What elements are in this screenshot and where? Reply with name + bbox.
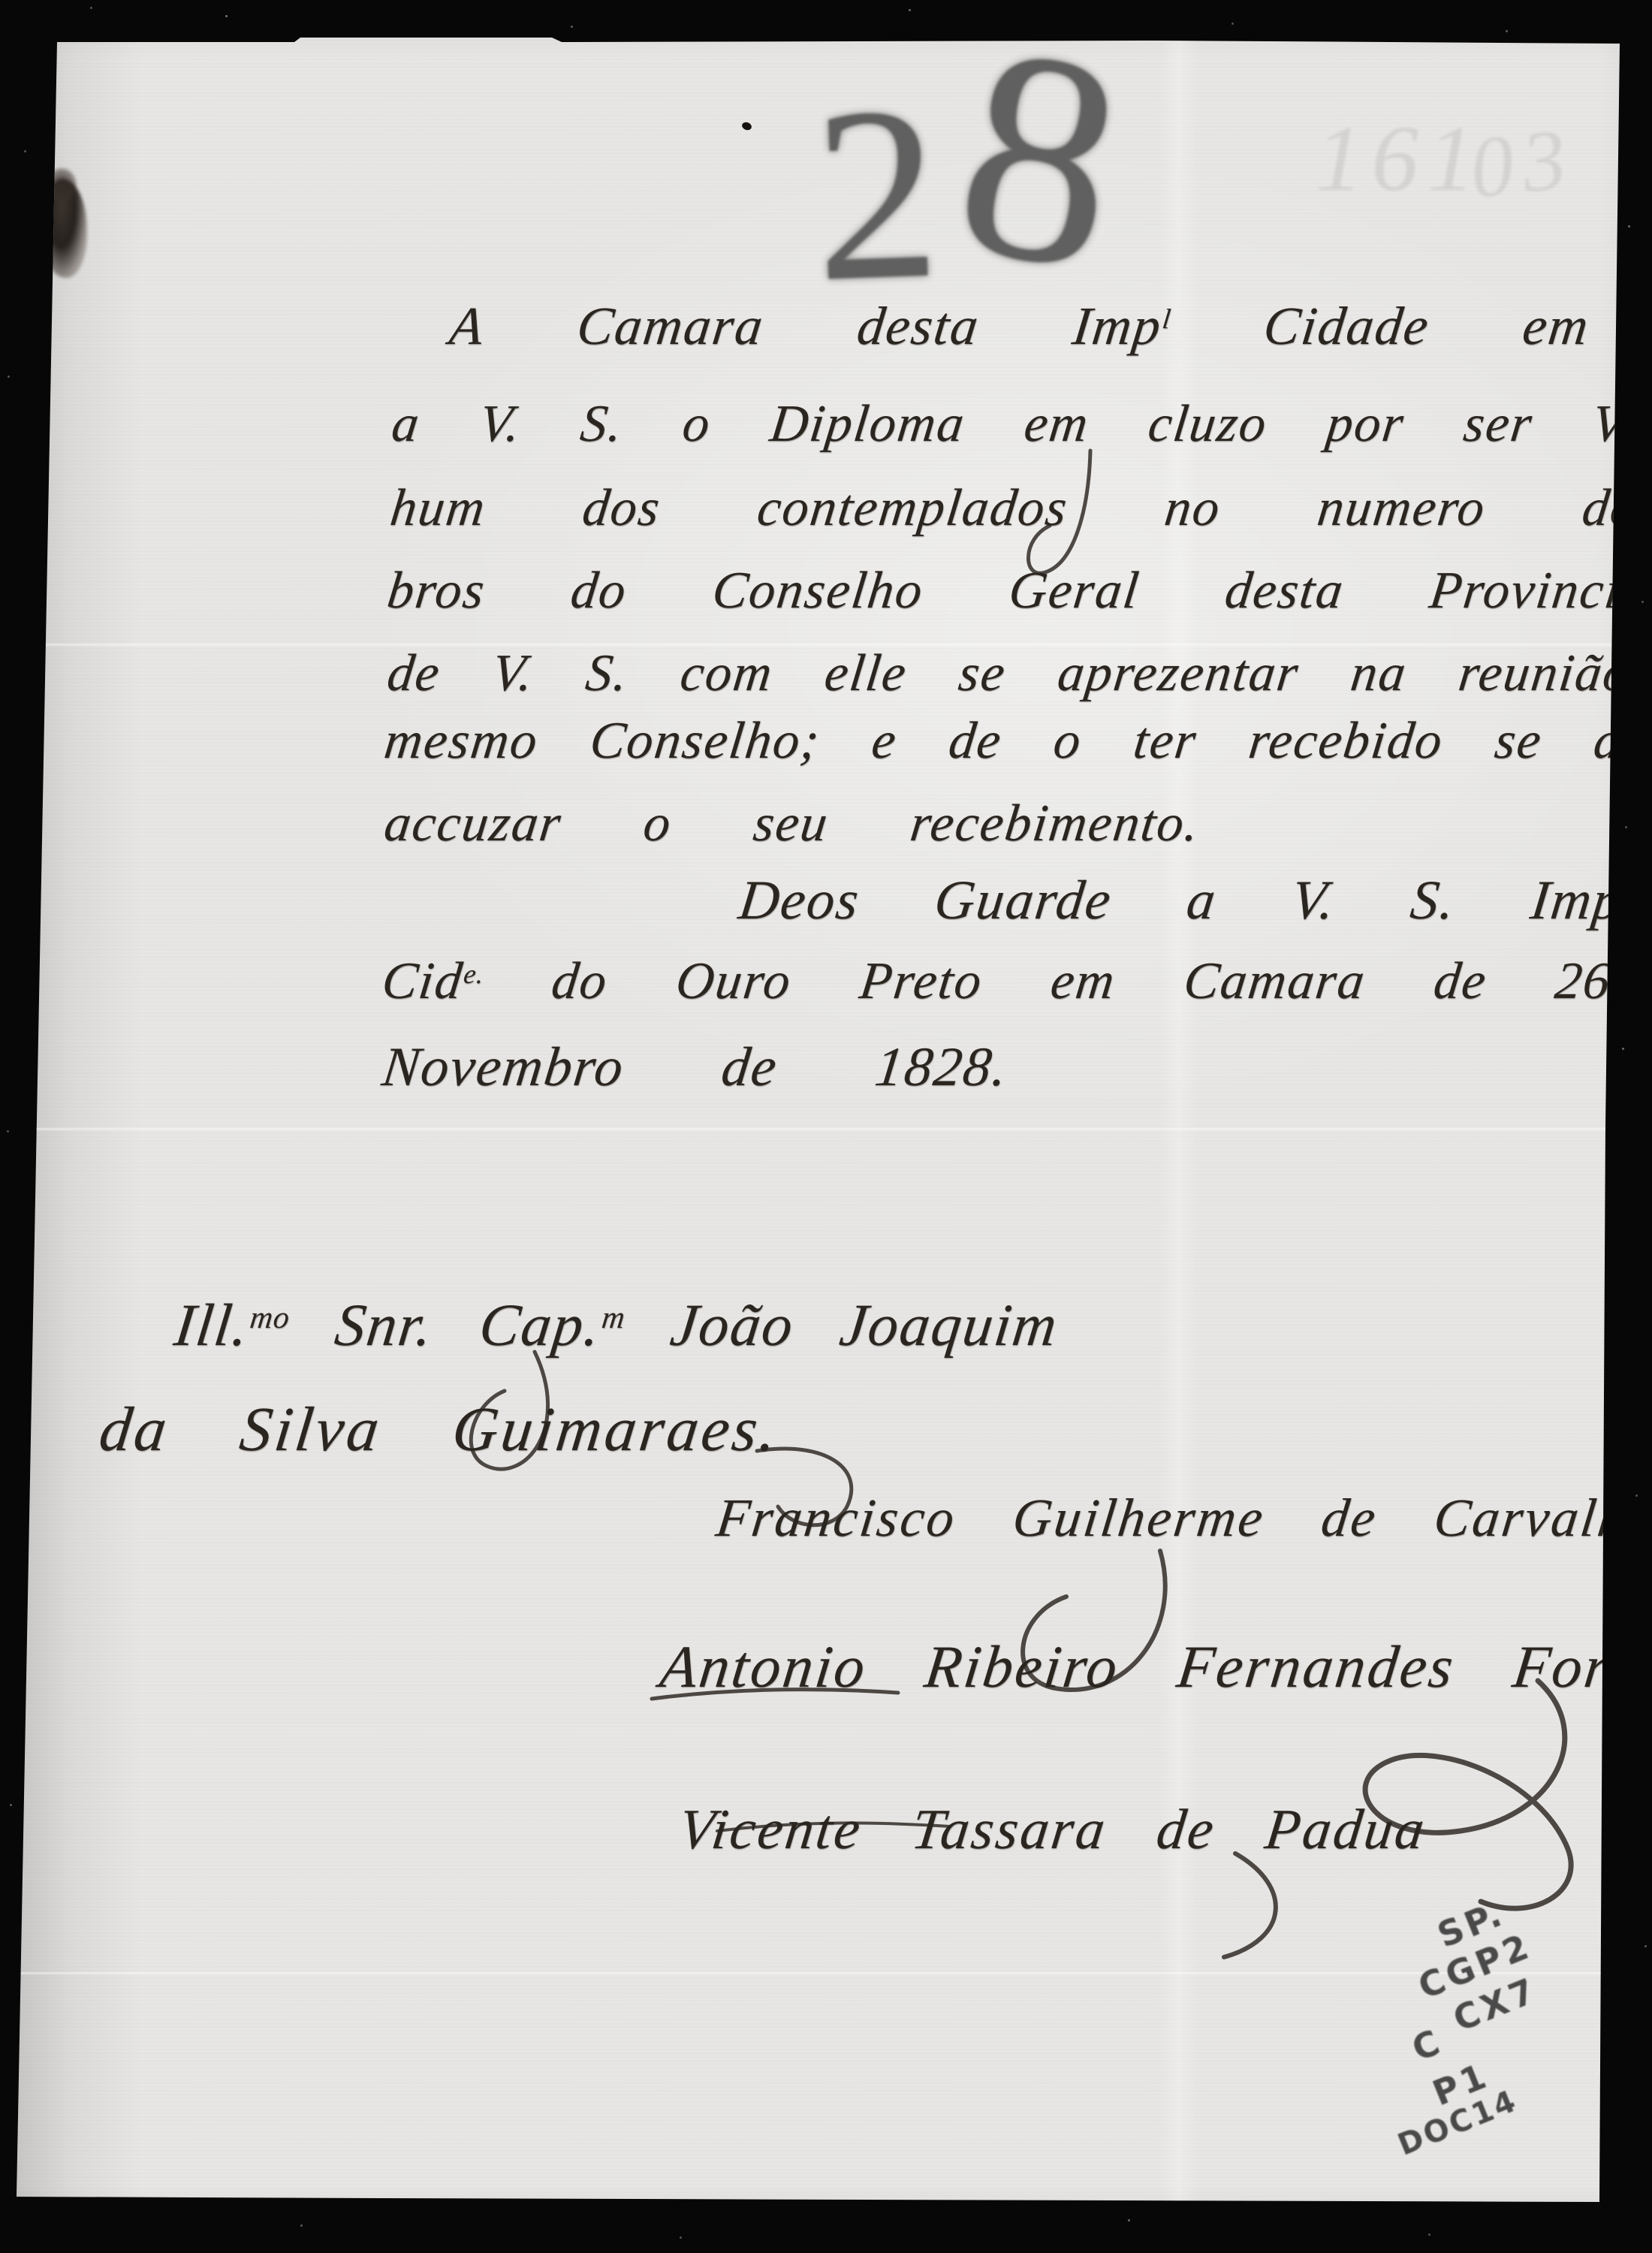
manuscript-line: mesmo Conselho; e de o ter recebido se d… [381,715,1652,768]
scan-artifact-line [0,1972,1652,1974]
document-page: 2 8 161 03 A Camara desta Impl Cidade em… [0,0,1652,2253]
manuscript-line: Novembro de 1828. [379,1039,1011,1095]
archive-ref-line: C [1407,2023,1449,2069]
signature: Vicente Tassara de Padua [676,1801,1430,1858]
faint-reference-number: 161 [1316,113,1484,207]
line-text: a V. S. o Diploma em cluzo por ser V. S. [389,395,1652,453]
line-text: do Ouro Preto em Camara de 26 de [480,952,1652,1010]
ink-dot [741,121,753,131]
flourish-tail [1224,1853,1276,1957]
flourish-paraph [1365,1681,1571,1908]
signature: Antonio Ribeiro Fernandes Forbes [657,1637,1652,1697]
line-text: Cidade em via [1167,296,1652,356]
signature-text: Antonio Ribeiro Fernandes Forbes [657,1634,1652,1700]
addressee-line: Ill.mo Snr. Cap.m João Joaquim [171,1295,1061,1356]
line-text: accuzar o seu recebimento. [381,795,1204,852]
line-text: João Joaquim [620,1292,1062,1359]
manuscript-line: de V. S. com elle se aprezentar na reuni… [384,647,1652,700]
superscript: l [1621,878,1634,909]
faint-reference-number: 03 [1466,115,1578,212]
line-text: mesmo Conselho; e de o ter recebido se d… [381,712,1652,770]
line-text: hum dos contemplados no numero dos Mem- [387,479,1652,537]
signature: Francisco Guilherme de Carvalho. [713,1491,1652,1545]
line-text: de V. S. com elle se aprezentar na reuni… [384,644,1652,702]
superscript: e. [462,959,486,989]
manuscript-line: a V. S. o Diploma em cluzo por ser V. S. [389,398,1652,451]
line-text: Ill. [171,1292,254,1359]
pencil-page-number-digit: 2 [812,95,942,293]
line-text: Novembro de 1828. [379,1036,1012,1098]
superscript: m [600,1300,628,1335]
line-text: bros do Conselho Geral desta Provincia a… [384,562,1652,620]
scanned-archive-image: { "scan": { "page_number_pencil": {"d1":… [0,0,1652,2253]
manuscript-line: hum dos contemplados no numero dos Mem- [387,482,1652,535]
signature-text: Vicente Tassara de Padua [676,1798,1430,1861]
manuscript-line: accuzar o seu recebimento. [381,798,1203,850]
ink-blot [41,179,87,278]
pencil-page-number-digit: 8 [945,30,1134,287]
manuscript-line: A Camara desta Impl Cidade em via [447,299,1652,353]
line-text: da Silva Guimaraes. [96,1395,784,1464]
line-text: Deos Guarde a V. S. Imp [736,870,1626,931]
scan-artifact-line [0,1128,1652,1130]
manuscript-line: bros do Conselho Geral desta Provincia a… [384,565,1652,617]
addressee-line: da Silva Guimaraes. [96,1398,783,1461]
archive-reference-pencil: SP. CGP2 CX7 C P1 DOC14 [1410,1906,1539,2140]
superscript: mo [249,1300,292,1335]
line-text: Snr. Cap. [285,1292,604,1359]
manuscript-line: Cide. do Ouro Preto em Camara de 26 de [379,955,1652,1008]
scanner-noise [0,0,2,2]
signature-text: Francisco Guilherme de Carvalho. [713,1488,1652,1548]
line-text: A Camara desta Imp [447,296,1165,356]
manuscript-line: Deos Guarde a V. S. Impl [736,873,1634,928]
line-text: Cid [379,952,467,1010]
